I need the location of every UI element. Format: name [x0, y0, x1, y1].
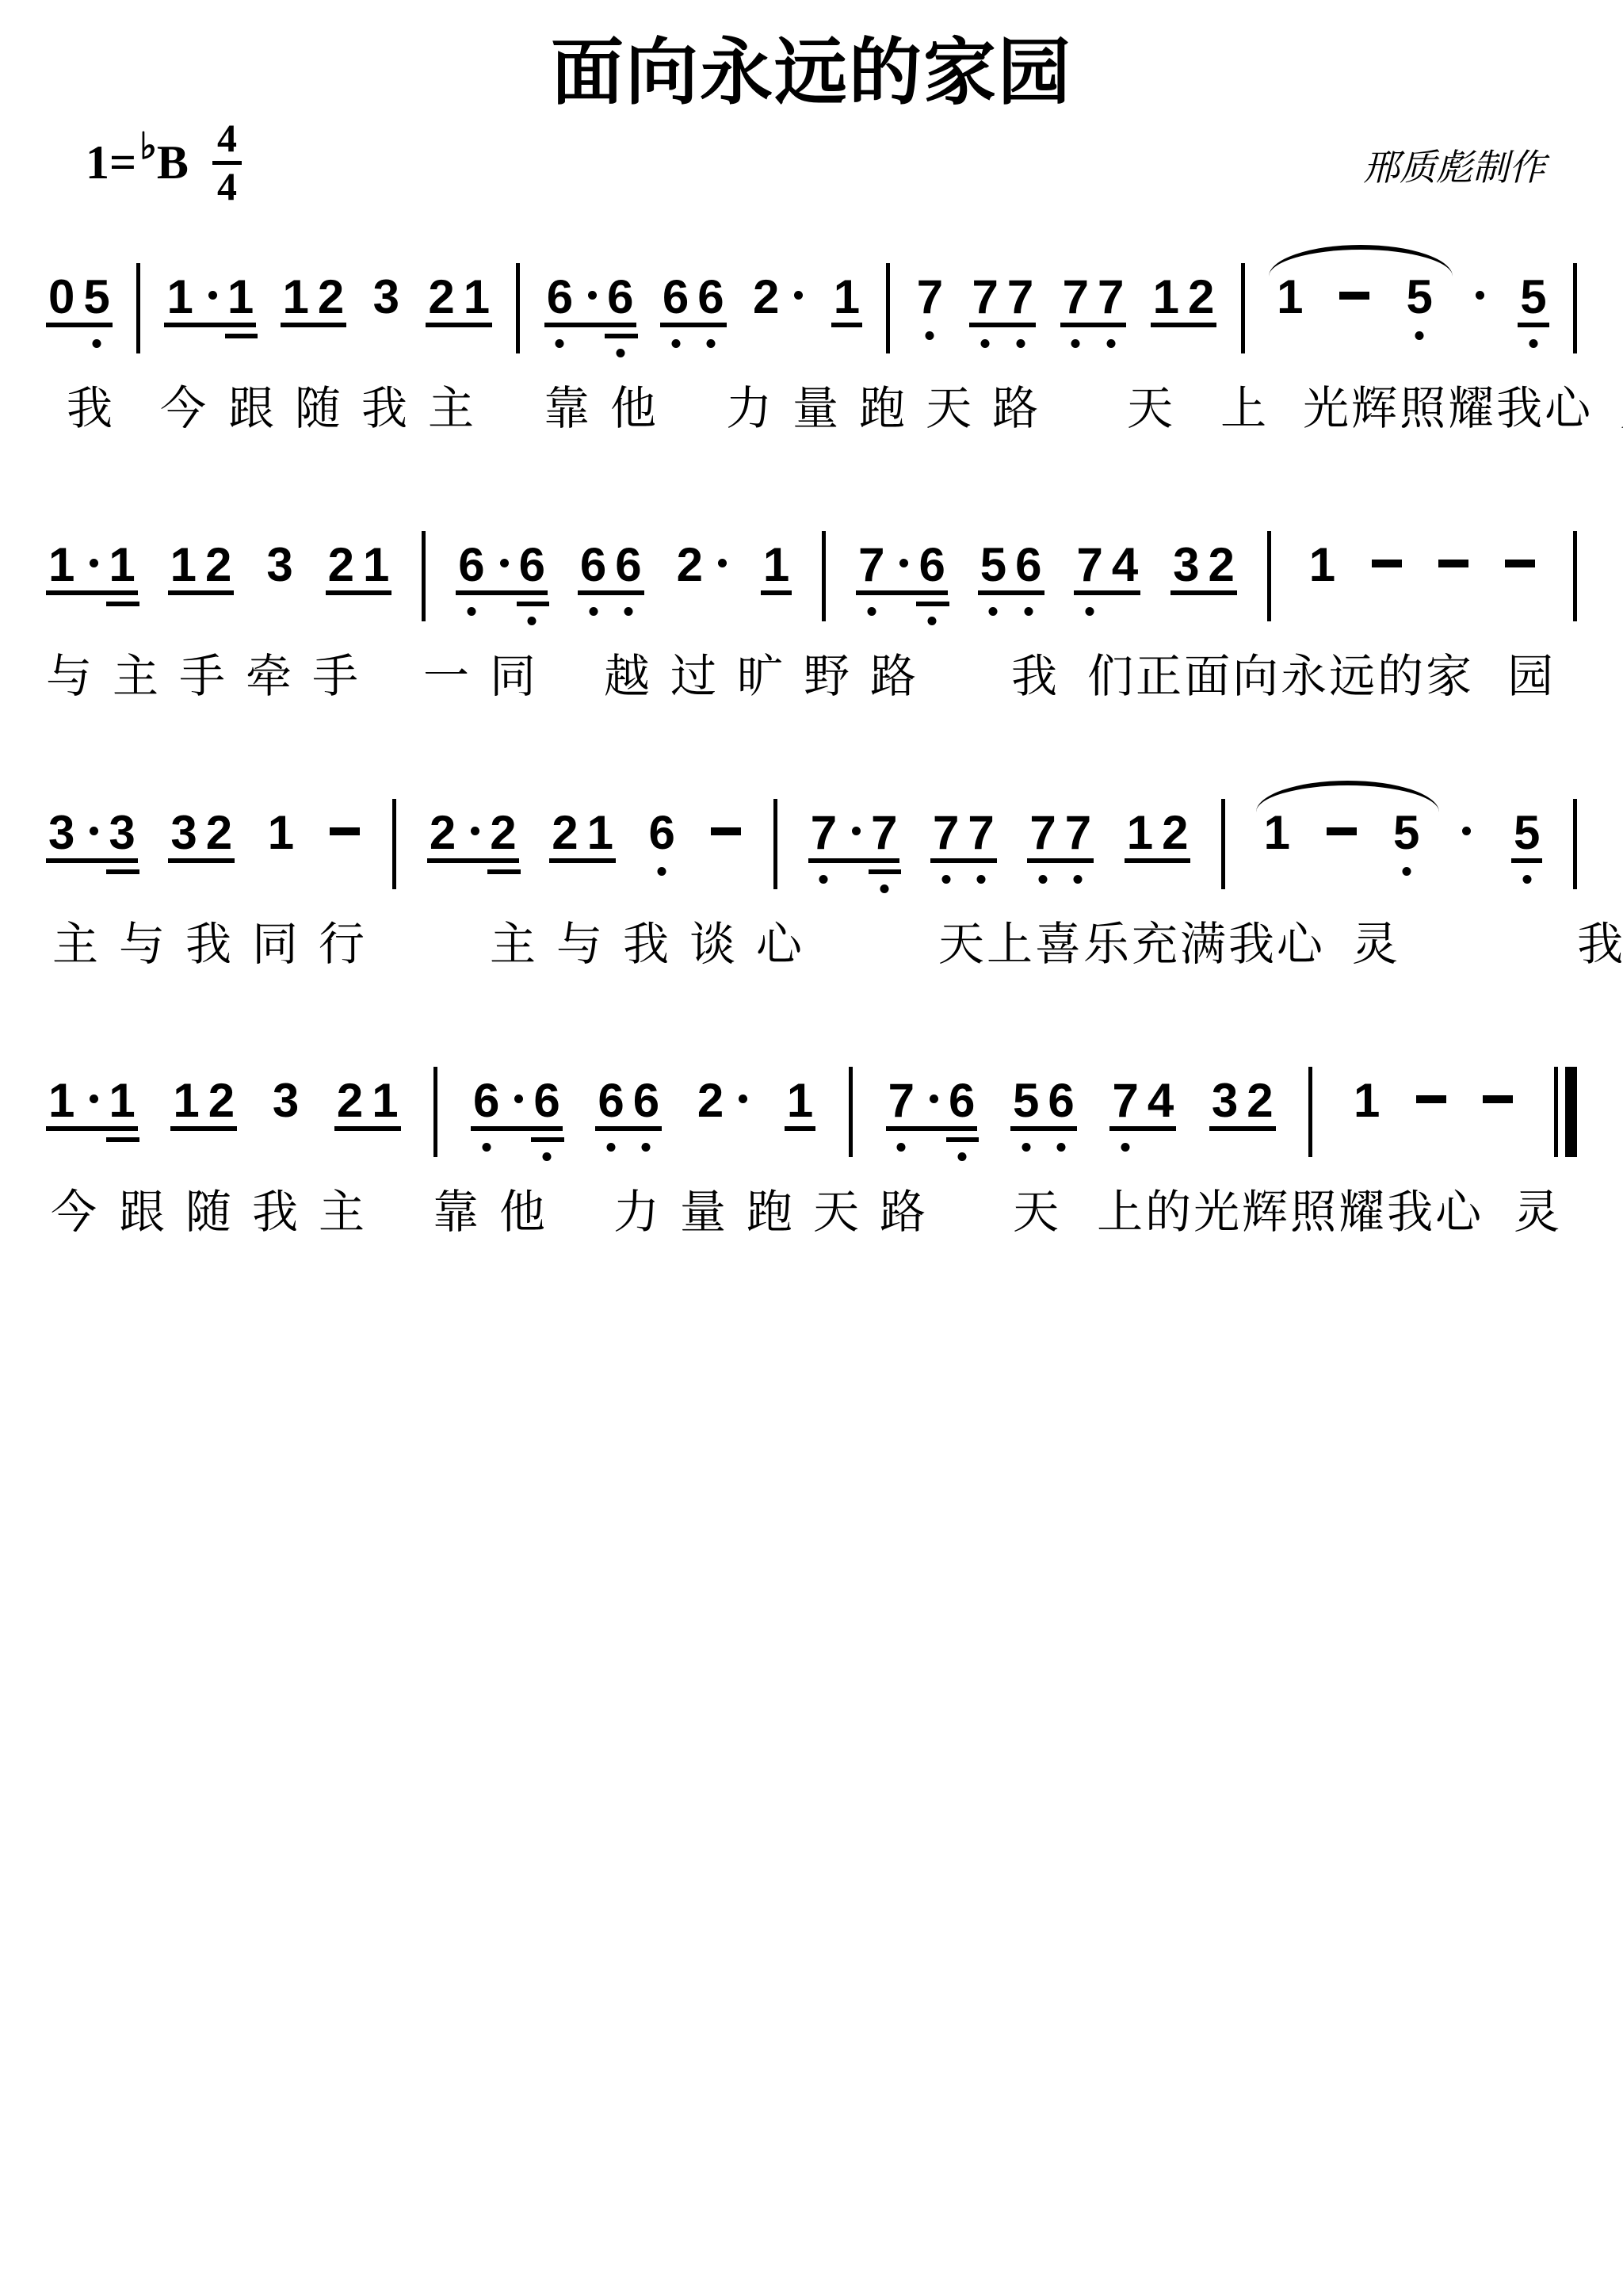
note-cluster: 56 [978, 541, 1044, 595]
note-group: 21 [426, 273, 492, 327]
note-cluster: 77 [1060, 273, 1127, 327]
note-cluster: 66 [660, 273, 727, 327]
note-number: 6 [615, 541, 641, 589]
note-digit: 5 [1406, 273, 1432, 321]
note-digit: 1 [834, 273, 860, 321]
note-digit: 1 [1127, 809, 1153, 857]
octave-dot [1106, 339, 1115, 348]
note-group: 15 [1256, 809, 1481, 863]
note-number: 3 [170, 809, 197, 857]
octave-dot [957, 1152, 966, 1161]
duration-dash [1327, 827, 1357, 835]
note-digit: 5 [1013, 1077, 1039, 1125]
note-group: 33 [46, 809, 138, 863]
octave-dot [642, 1143, 651, 1152]
note-number: 3 [266, 541, 292, 589]
note-group: 1 [1346, 1077, 1521, 1131]
note-number: 2 [753, 273, 779, 321]
note-cluster: 21 [334, 1077, 401, 1131]
sixteenth-beam [605, 334, 637, 338]
note-number: 2 [430, 809, 456, 857]
note-digit: 1 [1309, 541, 1335, 589]
final-barline-thick [1565, 1067, 1577, 1157]
note-number: 4 [1112, 541, 1138, 589]
note-group: 1 [265, 809, 296, 863]
note-number: 1 [227, 273, 254, 321]
note-number: 2 [1208, 541, 1234, 589]
lyric-segment: 主与我同行 [52, 919, 385, 972]
final-barline [1554, 1067, 1577, 1157]
note-digit: 1 [166, 273, 193, 321]
note-cluster: 11 [46, 1077, 138, 1131]
note-number: 5 [1013, 1077, 1039, 1125]
note-number: 6 [458, 541, 484, 589]
lyric-segment: 今 [51, 1186, 97, 1240]
note-cluster: 6 [647, 809, 678, 863]
augmentation-dot [852, 827, 861, 835]
note-group: 1 [1301, 541, 1543, 595]
augmentation-dot [718, 559, 727, 567]
note-number: 3 [1173, 541, 1199, 589]
octave-dot [706, 339, 715, 348]
sixteenth-beam [106, 1137, 139, 1142]
note-digit: 7 [888, 1077, 915, 1125]
note-number: 6 [1048, 1077, 1074, 1125]
octave-dot [658, 867, 666, 876]
note-group: 11 [46, 1077, 138, 1131]
note-digit: 7 [933, 809, 959, 857]
augmentation-dot [90, 1095, 98, 1103]
octave-dot [880, 884, 888, 893]
octave-dot [671, 339, 680, 348]
note-number: 7 [968, 809, 994, 857]
note-number: 1 [464, 273, 490, 321]
augmentation-dot [208, 291, 217, 300]
note-digit: 6 [580, 541, 606, 589]
note-digit: 6 [1015, 541, 1041, 589]
note-number: 3 [1212, 1077, 1238, 1125]
note-cluster: 1 [831, 273, 862, 327]
barline [433, 1067, 437, 1157]
note-group: 56 [978, 541, 1044, 595]
note-digit: 2 [337, 1077, 363, 1125]
note-group: 3 [371, 273, 402, 327]
note-digit: 2 [328, 541, 354, 589]
note-group: 15 [1269, 273, 1494, 327]
note-cluster: 2 [695, 1077, 751, 1131]
note-cluster: 2 [674, 541, 731, 595]
note-number: 6 [633, 1077, 659, 1125]
key-signature: 1=♭B 4 4 [86, 118, 242, 207]
note-digit: 1 [283, 273, 309, 321]
note-digit: 2 [1247, 1077, 1273, 1125]
barline [1573, 263, 1577, 353]
note-number: 3 [373, 273, 399, 321]
note-number: 1 [834, 273, 860, 321]
note-group: 11 [46, 541, 138, 595]
note-digit: 1 [48, 541, 74, 589]
time-signature-denominator: 4 [217, 165, 237, 207]
note-digit: 7 [917, 273, 943, 321]
lyric-segment: 一同 [423, 651, 556, 704]
note-number: 1 [1277, 273, 1303, 321]
note-digit: 6 [949, 1077, 975, 1125]
notes-row: 333212221677777712155 [46, 784, 1577, 888]
note-number: 1 [1309, 541, 1335, 589]
lyric-segment: 今 [160, 383, 206, 436]
lyrics-row: 主与我同行主与我谈心天上喜乐充满我心灵我 [46, 919, 1577, 976]
note-group [327, 827, 362, 845]
note-number: 2 [337, 1077, 363, 1125]
octave-dot [867, 607, 876, 616]
note-number: 1 [1354, 1077, 1380, 1125]
barline [392, 799, 396, 889]
note-cluster: 1 [785, 1077, 815, 1131]
note-digit: 1 [170, 541, 197, 589]
note-digit: 2 [1188, 273, 1214, 321]
note-group: 32 [168, 809, 235, 863]
note-number: 1 [1153, 273, 1179, 321]
note-number: 4 [1148, 1077, 1174, 1125]
note-group: 11 [164, 273, 256, 327]
lyric-segment: 上的光辉照耀我心 [1097, 1186, 1484, 1240]
time-signature: 4 4 [212, 118, 242, 207]
sixteenth-beam [517, 602, 549, 606]
note-number: 2 [205, 541, 231, 589]
flat-symbol: ♭ [139, 128, 157, 165]
note-digit: 6 [663, 273, 689, 321]
note-digit: 2 [552, 809, 578, 857]
note-digit: 5 [1514, 809, 1540, 857]
note-number: 7 [972, 273, 998, 321]
note-cluster: 32 [168, 809, 235, 863]
note-group: 2 [695, 1077, 751, 1131]
note-cluster: 3 [371, 273, 402, 327]
note-digit: 3 [273, 1077, 299, 1125]
note-group: 21 [549, 809, 616, 863]
sixteenth-beam [916, 602, 949, 606]
barline [136, 263, 140, 353]
octave-dot [624, 607, 632, 616]
note-group: 12 [168, 541, 235, 595]
note-group: 3 [264, 541, 295, 595]
note-cluster: 15 [1269, 273, 1494, 327]
note-digit: 7 [1007, 273, 1033, 321]
note-number: 1 [109, 541, 135, 589]
note-number: 1 [268, 809, 294, 857]
sixteenth-beam [106, 602, 139, 606]
note-digit: 2 [428, 273, 454, 321]
note-cluster: 2 [750, 273, 807, 327]
note-group: 05 [46, 273, 113, 327]
lyric-segment: 光辉照耀我心 [1303, 383, 1593, 436]
duration-dash [1483, 1095, 1513, 1103]
note-group: 66 [595, 1077, 662, 1131]
note-number: 1 [1127, 809, 1153, 857]
note-number: 2 [206, 809, 232, 857]
note-digit: 5 [1520, 273, 1546, 321]
lyric-segment: 上 [1220, 383, 1266, 436]
note-cluster: 21 [426, 273, 492, 327]
note-cluster: 56 [1010, 1077, 1077, 1131]
note-cluster: 66 [595, 1077, 662, 1131]
lyric-segment: 跟随我主 [228, 383, 495, 436]
note-group: 12 [281, 273, 347, 327]
octave-dot [926, 331, 934, 340]
note-number: 7 [1029, 809, 1056, 857]
note-group: 66 [578, 541, 644, 595]
lyric-segment: 天 [1013, 1186, 1059, 1240]
sixteenth-beam [106, 869, 139, 874]
barline [886, 263, 890, 353]
note-number: 6 [1015, 541, 1041, 589]
note-number: 6 [663, 273, 689, 321]
octave-dot [482, 1143, 491, 1152]
note-cluster: 11 [164, 273, 256, 327]
note-digit: 5 [1393, 809, 1419, 857]
note-cluster: 12 [1151, 273, 1217, 327]
note-cluster: 5 [1518, 273, 1549, 327]
octave-dot [607, 1143, 616, 1152]
octave-dot [897, 1143, 906, 1152]
note-digit: 3 [109, 809, 135, 857]
note-cluster: 1 [1301, 541, 1543, 595]
note-group: 12 [1125, 809, 1191, 863]
note-digit: 1 [363, 541, 389, 589]
note-digit: 6 [473, 1077, 499, 1125]
note-number: 6 [598, 1077, 624, 1125]
duration-dash [1339, 292, 1369, 300]
note-cluster: 12 [1125, 809, 1191, 863]
barline [773, 799, 777, 889]
music-system: 1112321666621765674321今跟随我主靠他力量跑天路天上的光辉照… [46, 1052, 1577, 1244]
note-cluster: 77 [808, 809, 900, 863]
note-cluster: 77 [1027, 809, 1094, 863]
duration-dash [1505, 560, 1535, 567]
lyric-segment: 越过旷野路 [604, 651, 937, 704]
augmentation-dot [899, 559, 908, 567]
note-group: 1 [831, 273, 862, 327]
note-cluster: 3 [270, 1077, 301, 1131]
note-number: 6 [580, 541, 606, 589]
note-group: 1 [785, 1077, 815, 1131]
note-digit: 1 [763, 541, 789, 589]
sheet-music-page: 面向永远的家园 1=♭B 4 4 邢质彪制作 05111232166662177… [0, 0, 1623, 2296]
note-digit: 6 [1048, 1077, 1074, 1125]
note-number: 6 [473, 1077, 499, 1125]
note-number: 1 [166, 273, 193, 321]
note-number: 3 [48, 809, 74, 857]
note-number: 7 [1007, 273, 1033, 321]
barline [516, 263, 520, 353]
note-group: 3 [270, 1077, 301, 1131]
octave-dot [928, 617, 937, 625]
sixteenth-beam [946, 1137, 979, 1142]
note-digit: 0 [48, 273, 74, 321]
note-cluster: 12 [281, 273, 347, 327]
note-group: 77 [808, 809, 900, 863]
note-number: 5 [1520, 273, 1546, 321]
note-number: 7 [888, 1077, 915, 1125]
note-number: 1 [372, 1077, 398, 1125]
note-digit: 2 [677, 541, 703, 589]
lyric-segment: 主与我谈心 [490, 919, 823, 972]
note-cluster: 66 [578, 541, 644, 595]
octave-dot [1402, 867, 1411, 876]
note-number: 5 [1514, 809, 1540, 857]
note-group: 7 [915, 273, 945, 327]
lyric-segment: 天 [1127, 383, 1173, 436]
note-number: 1 [48, 1077, 74, 1125]
lyric-segment: 与主手牵手 [46, 651, 379, 704]
note-group: 2 [674, 541, 731, 595]
note-cluster: 66 [471, 1077, 563, 1131]
note-number: 6 [607, 273, 633, 321]
note-digit: 1 [587, 809, 613, 857]
note-digit: 2 [697, 1077, 724, 1125]
note-number: 6 [547, 273, 573, 321]
sixteenth-beam [225, 334, 258, 338]
header-row: 1=♭B 4 4 邢质彪制作 [0, 118, 1623, 207]
note-number: 6 [519, 541, 545, 589]
note-group: 77 [969, 273, 1036, 327]
note-group: 32 [1170, 541, 1237, 595]
note-cluster: 1 [761, 541, 792, 595]
note-number: 1 [587, 809, 613, 857]
note-cluster: 1 [265, 809, 296, 863]
note-digit: 7 [1076, 541, 1102, 589]
octave-dot [467, 607, 475, 616]
octave-dot [981, 339, 990, 348]
note-number: 1 [173, 1077, 199, 1125]
octave-dot [543, 1152, 552, 1161]
note-digit: 1 [227, 273, 254, 321]
note-cluster: 12 [170, 1077, 237, 1131]
octave-dot [989, 607, 998, 616]
augmentation-dot [1462, 827, 1471, 835]
note-number: 7 [933, 809, 959, 857]
note-digit: 3 [48, 809, 74, 857]
note-digit: 2 [430, 809, 456, 857]
note-group: 56 [1010, 1077, 1077, 1131]
note-digit: 1 [109, 1077, 135, 1125]
note-cluster: 76 [886, 1077, 978, 1131]
note-digit: 6 [519, 541, 545, 589]
note-number: 2 [318, 273, 344, 321]
note-digit: 2 [1162, 809, 1188, 857]
note-number: 2 [1162, 809, 1188, 857]
octave-dot [93, 339, 101, 348]
note-number: 5 [1393, 809, 1419, 857]
note-number: 2 [428, 273, 454, 321]
note-digit: 2 [206, 809, 232, 857]
note-digit: 1 [1264, 809, 1290, 857]
duration-dash [711, 827, 741, 835]
note-digit: 3 [266, 541, 292, 589]
credit-text: 邢质彪制作 [1363, 139, 1545, 191]
barline [1241, 263, 1245, 353]
note-group: 12 [1151, 273, 1217, 327]
barline [1308, 1067, 1312, 1157]
note-cluster: 76 [856, 541, 948, 595]
notes-row: 1112321666621765674321 [46, 516, 1577, 621]
note-digit: 6 [649, 809, 675, 857]
note-cluster: 11 [46, 541, 138, 595]
augmentation-dot [1476, 291, 1484, 300]
note-digit: 2 [753, 273, 779, 321]
key-prefix: 1= [86, 139, 136, 186]
note-digit: 1 [173, 1077, 199, 1125]
note-digit: 7 [1063, 273, 1089, 321]
note-number: 3 [273, 1077, 299, 1125]
note-group: 77 [930, 809, 997, 863]
note-group: 12 [170, 1077, 237, 1131]
note-digit: 6 [458, 541, 484, 589]
lyric-segment: 靠他 [433, 1186, 566, 1240]
note-number: 1 [787, 1077, 813, 1125]
note-number: 7 [1098, 273, 1124, 321]
note-digit: 6 [547, 273, 573, 321]
sixteenth-beam [531, 1137, 563, 1142]
note-group: 66 [456, 541, 548, 595]
octave-dot [1415, 331, 1424, 340]
note-number: 7 [917, 273, 943, 321]
note-number: 7 [858, 541, 884, 589]
note-digit: 3 [1212, 1077, 1238, 1125]
lyric-segment: 力量跑天路 [726, 383, 1059, 436]
final-barline-thin [1554, 1067, 1558, 1157]
note-group: 74 [1109, 1077, 1176, 1131]
note-digit: 7 [968, 809, 994, 857]
sixteenth-beam [487, 869, 520, 874]
note-number: 7 [871, 809, 897, 857]
note-cluster: 77 [969, 273, 1036, 327]
lyrics-row: 今跟随我主靠他力量跑天路天上的光辉照耀我心灵 [46, 1186, 1577, 1244]
note-digit: 6 [607, 273, 633, 321]
note-cluster: 15 [1256, 809, 1481, 863]
note-group: 32 [1209, 1077, 1276, 1131]
note-digit: 7 [811, 809, 837, 857]
note-cluster: 66 [456, 541, 548, 595]
octave-dot [1074, 875, 1083, 884]
note-digit: 7 [1098, 273, 1124, 321]
lyric-segment: 灵 [1352, 919, 1398, 972]
note-group: 5 [1511, 809, 1542, 863]
augmentation-dot [514, 1095, 523, 1103]
note-group: 6 [647, 809, 678, 863]
note-number: 2 [328, 541, 354, 589]
note-cluster: 1 [1346, 1077, 1521, 1131]
octave-dot [1121, 1143, 1130, 1152]
note-number: 1 [1264, 809, 1290, 857]
note-number: 5 [980, 541, 1006, 589]
octave-dot [589, 607, 598, 616]
duration-dash [1372, 560, 1402, 567]
note-cluster [708, 827, 743, 845]
note-digit: 4 [1112, 541, 1138, 589]
octave-dot [1057, 1143, 1066, 1152]
augmentation-dot [930, 1095, 938, 1103]
note-number: 2 [677, 541, 703, 589]
octave-dot [1024, 607, 1033, 616]
note-digit: 2 [490, 809, 516, 857]
note-group: 66 [660, 273, 727, 327]
note-cluster: 74 [1074, 541, 1140, 595]
note-digit: 1 [1354, 1077, 1380, 1125]
lyrics-row: 我今跟随我主靠他力量跑天路天上光辉照耀我心灵我 [46, 383, 1577, 440]
note-number: 7 [1063, 273, 1089, 321]
lyric-segment: 们正面向永远的家 [1087, 651, 1474, 704]
